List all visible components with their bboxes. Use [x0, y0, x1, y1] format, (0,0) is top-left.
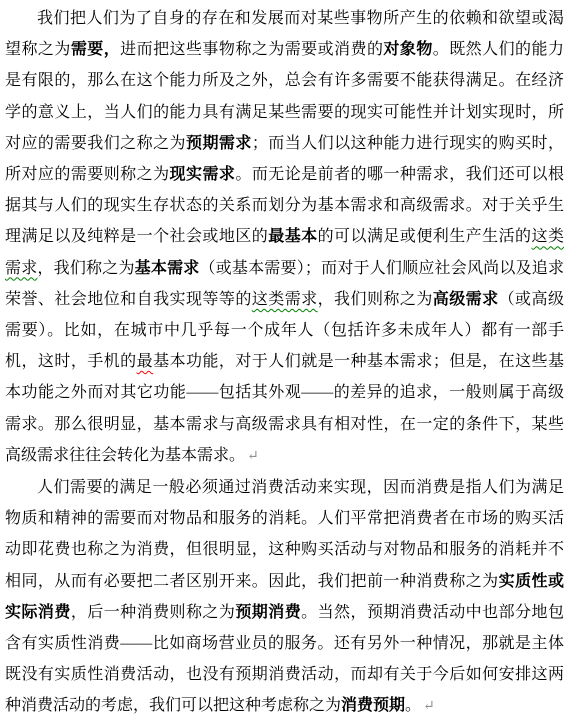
paragraph-mark-icon: ↵: [421, 699, 435, 714]
text-run: ，我们称之为: [37, 260, 134, 277]
bold-term: 基本需求: [135, 260, 200, 277]
text-run: 进而把这些事物称之为需要或消费的: [120, 41, 383, 58]
bold-term: 需要，: [71, 41, 120, 58]
grammar-flagged-text: 这类需求: [252, 291, 318, 308]
text-run: 人们需要的满足一般必须通过消费活动来实现，因而消费是指人们为满足物质和精神的需要…: [5, 479, 564, 590]
bold-term: 最基本: [268, 228, 317, 245]
bold-term: 预期需求: [186, 135, 252, 152]
paragraph-mark-icon: ↵: [245, 449, 259, 464]
paragraph-needs-definition: 我们把人们为了自身的存在和发展而对某些事物所产生的依赖和欲望或渴望称之为需要，进…: [5, 3, 564, 472]
bold-term: 高级需求: [433, 291, 499, 308]
text-run: ，后一种消费则称之为: [71, 604, 236, 621]
text-run: ，我们则称之为: [318, 291, 433, 308]
bold-term: 对象物: [383, 41, 432, 58]
bold-term: 预期消费: [235, 604, 301, 621]
spelling-flagged-text: 最: [137, 353, 153, 370]
paragraph-consumption-definition: 人们需要的满足一般必须通过消费活动来实现，因而消费是指人们为满足物质和精神的需要…: [5, 472, 564, 719]
text-run: 。: [405, 697, 421, 714]
bold-term: 现实需求: [170, 166, 236, 183]
bold-term: 消费预期: [341, 697, 405, 714]
document-page: 我们把人们为了自身的存在和发展而对某些事物所产生的依赖和欲望或渴望称之为需要，进…: [0, 0, 569, 719]
text-run: 的可以满足或便利生产生活的: [318, 228, 532, 245]
